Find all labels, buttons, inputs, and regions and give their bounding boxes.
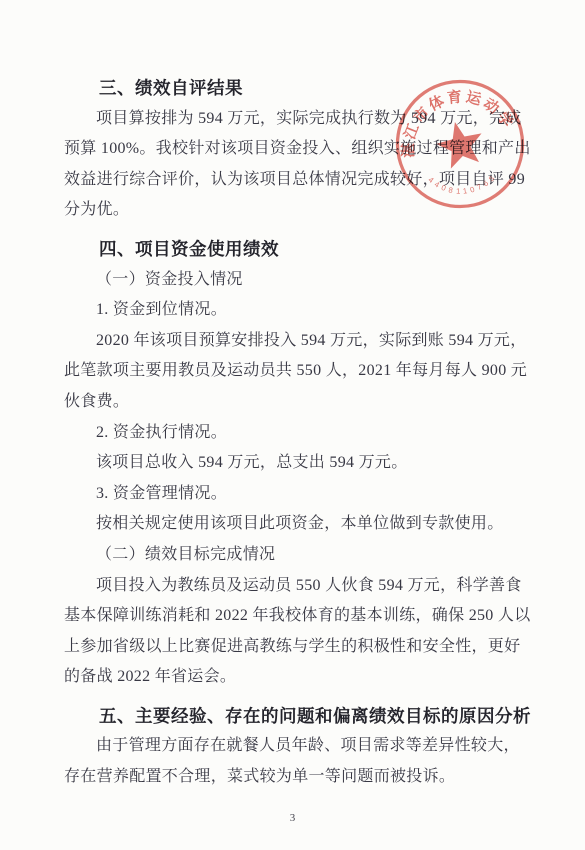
text-line: 的备战 2022 年省运会。 xyxy=(64,662,522,693)
section-heading: 三、绩效自评结果 xyxy=(64,73,522,104)
page-number: 3 xyxy=(0,812,585,824)
section-heading: 五、主要经验、存在的问题和偏离绩效目标的原因分析 xyxy=(64,701,522,732)
text-line: 项目算按排为 594 万元，实际完成执行数为 594 万元，完成 xyxy=(64,104,522,135)
text-line: 效益进行综合评价，认为该项目总体情况完成较好，项目自评 99 xyxy=(64,165,522,196)
text-line: 预算 100%。我校针对该项目资金投入、组织实施过程管理和产出 xyxy=(64,134,522,165)
text-line: 上参加省级以上比赛促进高教练与学生的积极性和安全性，更好 xyxy=(64,632,522,663)
text-line: 分为优。 xyxy=(64,195,522,226)
text-line: 该项目总收入 594 万元，总支出 594 万元。 xyxy=(64,448,522,479)
text-line: （二）绩效目标完成情况 xyxy=(64,540,522,571)
text-line: 存在营养配置不合理，菜式较为单一等问题而被投诉。 xyxy=(64,762,522,793)
text-line: 3. 资金管理情况。 xyxy=(64,479,522,510)
text-line: 2. 资金执行情况。 xyxy=(64,418,522,449)
text-line: 2020 年该项目预算安排投入 594 万元，实际到账 594 万元， xyxy=(64,326,522,357)
text-line: 由于管理方面存在就餐人员年龄、项目需求等差异性较大， xyxy=(64,731,522,762)
text-line: 伙食费。 xyxy=(64,387,522,418)
text-line: 1. 资金到位情况。 xyxy=(64,295,522,326)
text-line: （一）资金投入情况 xyxy=(64,265,522,296)
text-line: 项目投入为教练员及运动员 550 人伙食 594 万元，科学善食 xyxy=(64,571,522,602)
text-line: 基本保障训练消耗和 2022 年我校体育的基本训练，确保 250 人以 xyxy=(64,601,522,632)
section-heading: 四、项目资金使用绩效 xyxy=(64,234,522,265)
document-body: 三、绩效自评结果项目算按排为 594 万元，实际完成执行数为 594 万元，完成… xyxy=(64,73,522,793)
scanned-document-page: 三、绩效自评结果项目算按排为 594 万元，实际完成执行数为 594 万元，完成… xyxy=(0,0,585,850)
text-line: 按相关规定使用该项目此项资金，本单位做到专款使用。 xyxy=(64,509,522,540)
text-line: 此笔款项主要用教员及运动员共 550 人，2021 年每月每人 900 元 xyxy=(64,356,522,387)
